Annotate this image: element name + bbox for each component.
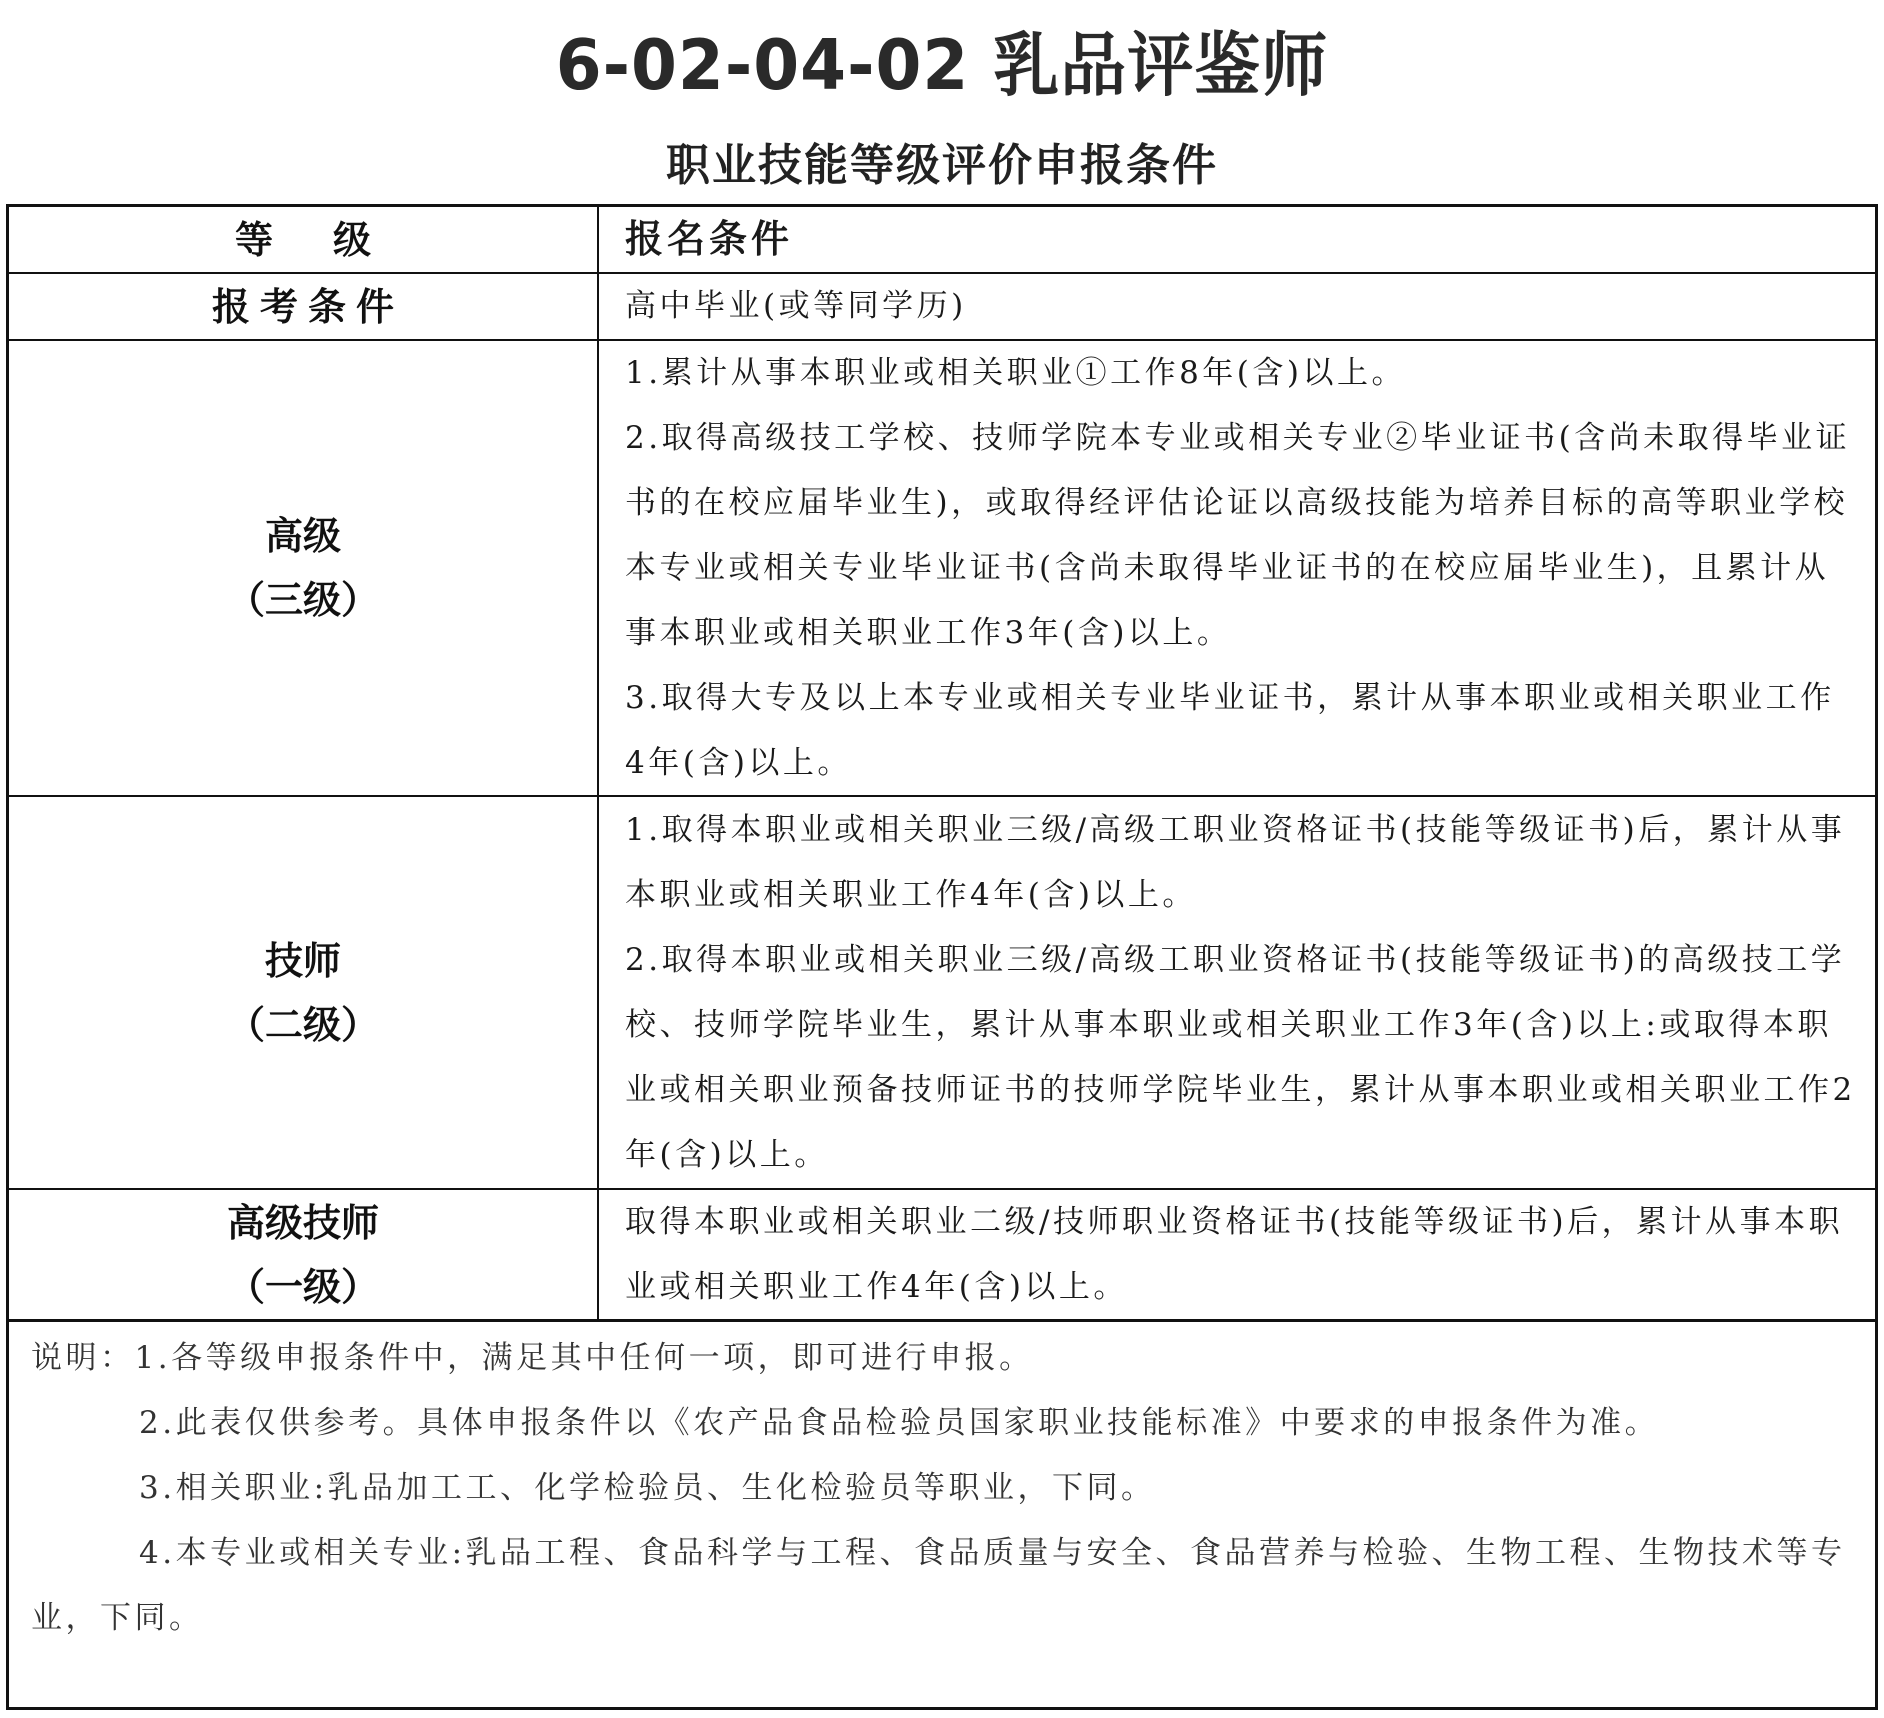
level-cell: 报考条件 (9, 274, 599, 339)
note-line-1: 说明：1.各等级申报条件中，满足其中任何一项，即可进行申报。 (31, 1326, 1857, 1391)
conditions-cell: 1.取得本职业或相关职业三级/高级工职业资格证书(技能等级证书)后，累计从事本职… (599, 797, 1875, 1188)
header-conditions-cell: 报名条件 (599, 207, 1875, 272)
document-title: 6-02-04-02 乳品评鉴师 (0, 22, 1884, 110)
notes-section: 说明：1.各等级申报条件中，满足其中任何一项，即可进行申报。 2.此表仅供参考。… (9, 1320, 1875, 1707)
document-subtitle: 职业技能等级评价申报条件 (0, 136, 1884, 196)
conditions-cell: 1.累计从事本职业或相关职业①工作8年(含)以上。 2.取得高级技工学校、技师学… (599, 341, 1875, 795)
condition-item-3: 3.取得大专及以上本专业或相关专业毕业证书，累计从事本职业或相关职业工作4年(含… (625, 666, 1857, 796)
header-conditions-label: 报名条件 (625, 207, 1857, 272)
level-label: 技师 (265, 929, 341, 993)
level-cell: 高级技师 （一级） (9, 1190, 599, 1319)
level-sublabel: （二级） (227, 993, 379, 1057)
conditions-cell: 取得本职业或相关职业二级/技师职业资格证书(技能等级证书)后，累计从事本职业或相… (599, 1190, 1875, 1319)
note-line-2: 2.此表仅供参考。具体申报条件以《农产品食品检验员国家职业技能标准》中要求的申报… (31, 1391, 1857, 1456)
conditions-cell: 高中毕业(或等同学历) (599, 274, 1875, 339)
condition-text: 高中毕业(或等同学历) (625, 274, 1857, 339)
table-row: 技师 （二级） 1.取得本职业或相关职业三级/高级工职业资格证书(技能等级证书)… (9, 797, 1875, 1190)
requirements-table: 等级 报名条件 报考条件 高中毕业(或等同学历) 高级 （三级） 1.累计从事本… (6, 204, 1878, 1710)
level-sublabel: （三级） (227, 568, 379, 632)
condition-item-2: 2.取得高级技工学校、技师学院本专业或相关专业②毕业证书(含尚未取得毕业证书的在… (625, 406, 1857, 666)
level-cell: 高级 （三级） (9, 341, 599, 795)
condition-item-1: 1.累计从事本职业或相关职业①工作8年(含)以上。 (625, 341, 1857, 406)
condition-item-2: 2.取得本职业或相关职业三级/高级工职业资格证书(技能等级证书)的高级技工学校、… (625, 928, 1857, 1188)
note-line-3: 3.相关职业:乳品加工工、化学检验员、生化检验员等职业，下同。 (31, 1456, 1857, 1521)
table-header-row: 等级 报名条件 (9, 207, 1875, 274)
level-cell: 技师 （二级） (9, 797, 599, 1188)
level-label: 高级技师 (227, 1191, 379, 1255)
condition-text: 取得本职业或相关职业二级/技师职业资格证书(技能等级证书)后，累计从事本职业或相… (625, 1190, 1857, 1320)
condition-item-1: 1.取得本职业或相关职业三级/高级工职业资格证书(技能等级证书)后，累计从事本职… (625, 798, 1857, 928)
header-level-cell: 等级 (9, 207, 599, 272)
level-label: 高级 (265, 504, 341, 568)
table-row: 高级 （三级） 1.累计从事本职业或相关职业①工作8年(含)以上。 2.取得高级… (9, 341, 1875, 797)
note-line-4: 4.本专业或相关专业:乳品工程、食品科学与工程、食品质量与安全、食品营养与检验、… (31, 1521, 1857, 1651)
header-level-label: 等级 (235, 208, 431, 272)
level-label: 报考条件 (212, 275, 404, 339)
table-row: 高级技师 （一级） 取得本职业或相关职业二级/技师职业资格证书(技能等级证书)后… (9, 1190, 1875, 1322)
table-row: 报考条件 高中毕业(或等同学历) (9, 274, 1875, 341)
level-sublabel: （一级） (227, 1255, 379, 1319)
